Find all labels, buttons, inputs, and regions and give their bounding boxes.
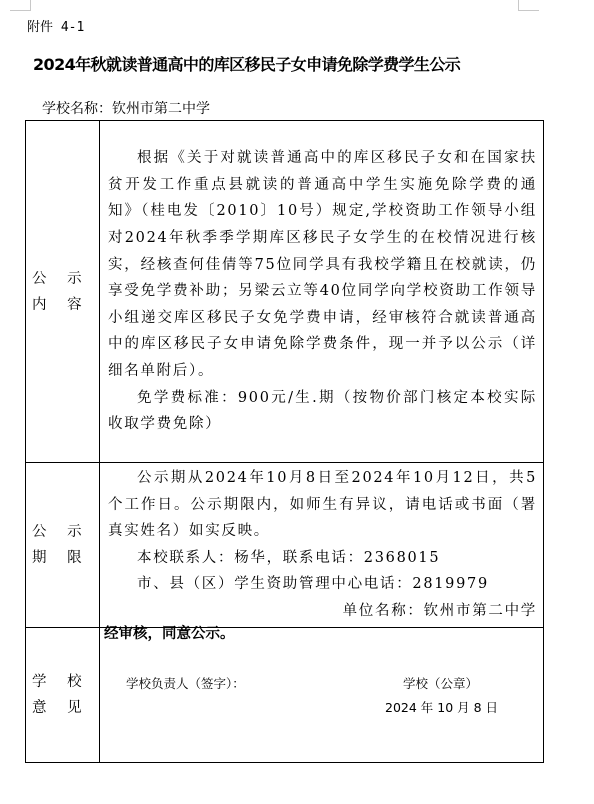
school-seal: 学校（公章） [403, 674, 478, 692]
opinion-date: 2024 年 10 月 8 日 [385, 698, 498, 716]
table-row-period: 公 示 期 限 公示期从2024年10月8日至2024年10月12日，共5个工作… [26, 463, 544, 628]
row-label: 公 示 内 容 [26, 121, 100, 463]
label-line: 公 示 [32, 266, 99, 292]
label-line: 意 见 [32, 695, 99, 721]
school-name-line: 学校名称：钦州市第二中学 [42, 98, 210, 118]
aid-center-phone: 市、县（区）学生资助管理中心电话：2819979 [108, 571, 537, 598]
unit-name: 单位名称：钦州市第二中学 [108, 598, 537, 625]
principal-signature: 学校负责人（签字）： [126, 674, 245, 692]
document-title: 2024年秋就读普通高中的库区移民子女申请免除学费学生公示 [33, 52, 460, 75]
page-corner-mark [518, 0, 539, 11]
opinion-content-cell [100, 627, 544, 762]
fee-standard: 免学费标准：900元/生.期（按物价部门核定本校实际收取学费免除） [108, 385, 537, 438]
approval-text: 经审核，同意公示。 [104, 622, 235, 643]
page-corner-mark [10, 0, 31, 11]
table-row-content: 公 示 内 容 根据《关于对就读普通高中的库区移民子女和在国家扶贫开发工作重点县… [26, 121, 544, 463]
period-content-cell: 公示期从2024年10月8日至2024年10月12日，共5个工作日。公示期限内，… [100, 463, 544, 628]
label-line: 学 校 [32, 669, 99, 695]
notice-content-cell: 根据《关于对就读普通高中的库区移民子女和在国家扶贫开发工作重点县就读的普通高中学… [100, 121, 544, 463]
row-label: 公 示 期 限 [26, 463, 100, 628]
label-line: 内 容 [32, 292, 99, 318]
attachment-label: 附件 4-1 [27, 16, 84, 35]
contact-person: 本校联系人：杨华，联系电话：2368015 [108, 545, 537, 572]
notice-table: 公 示 内 容 根据《关于对就读普通高中的库区移民子女和在国家扶贫开发工作重点县… [25, 120, 544, 763]
label-line: 公 示 [32, 519, 99, 545]
row-label: 学 校 意 见 [26, 627, 100, 762]
period-paragraph: 公示期从2024年10月8日至2024年10月12日，共5个工作日。公示期限内，… [108, 465, 537, 545]
label-line: 期 限 [32, 545, 99, 571]
notice-paragraph: 根据《关于对就读普通高中的库区移民子女和在国家扶贫开发工作重点县就读的普通高中学… [108, 145, 537, 384]
table-row-opinion: 学 校 意 见 [26, 627, 544, 762]
